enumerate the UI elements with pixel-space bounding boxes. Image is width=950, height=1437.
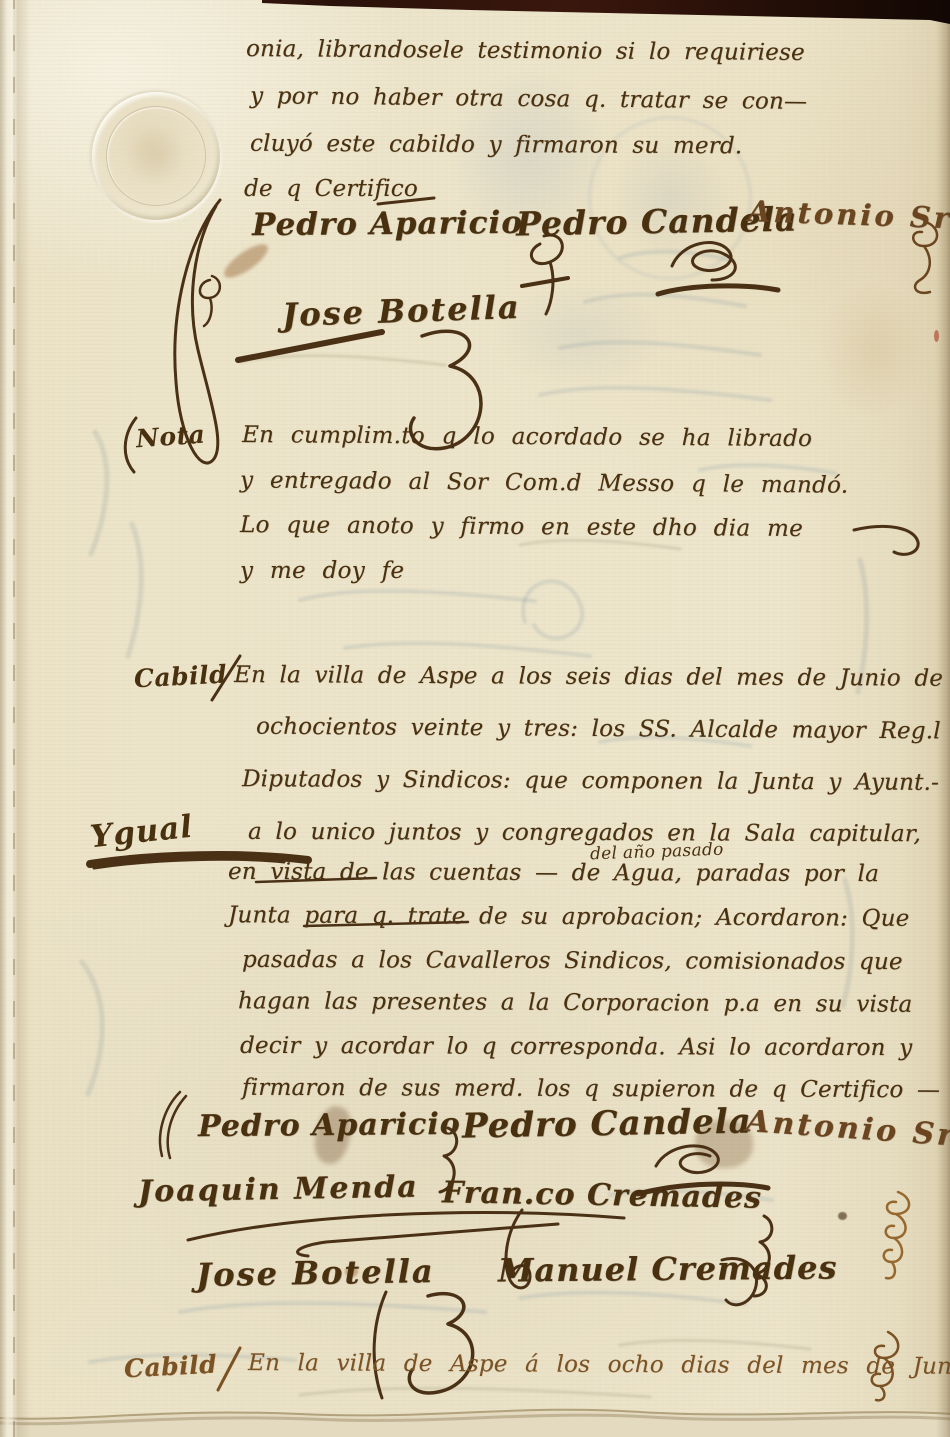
- manuscript-line: onia, librandosele testimonio si lo requ…: [246, 36, 805, 66]
- manuscript-line: y me doy fe: [240, 558, 404, 584]
- ink-spot: [838, 1212, 847, 1220]
- signature-pedro-aparicio-2: Pedro Aparicio: [198, 1107, 461, 1144]
- manuscript-line: Lo que anoto y firmo en este dho dia me: [240, 512, 803, 542]
- manuscript-line: En la villa de Aspe a los seis dias del …: [234, 662, 950, 692]
- margin-underline: [84, 848, 319, 876]
- strikethrough: [300, 920, 475, 930]
- rubric-flourish: [868, 1184, 922, 1288]
- page-fold-edge: [0, 0, 32, 1437]
- rubric-flourish: [712, 1252, 772, 1322]
- paragraph-flourish: [146, 1086, 194, 1164]
- margin-label-cabildo-2: Cabild: [123, 1350, 217, 1384]
- manuscript-line: firmaron de sus merd. los q supieron de …: [242, 1075, 940, 1103]
- page-right-edge: [936, 0, 950, 1437]
- signature-pedro-aparicio: Pedro Aparicio: [252, 205, 523, 243]
- margin-label-nota: Nota: [135, 420, 206, 454]
- manuscript-line: ochocientos veinte y tres: los SS. Alcal…: [256, 714, 941, 745]
- paper-sheet: onia, librandosele testimonio si lo requ…: [0, 0, 950, 1437]
- pen-dash: [230, 322, 395, 367]
- manuscript-line: Diputados y Sindicos: que componen la Ju…: [242, 766, 939, 796]
- manuscript-line: hagan las presentes a la Corporacion p.a…: [238, 988, 912, 1018]
- strikethrough: [252, 876, 382, 886]
- manuscript-line: a lo unico juntos y congregados en la Sa…: [248, 819, 921, 847]
- page-bottom-edge: [0, 1392, 950, 1437]
- manuscript-line: decir y acordar lo q corresponda. Asi lo…: [240, 1033, 912, 1061]
- rubric-flourish: [652, 228, 786, 316]
- manuscript-line: y por no haber otra cosa q. tratar se co…: [250, 83, 807, 115]
- manuscript-line: cluyó este cabildo y firmaron su merd.: [250, 131, 742, 160]
- manuscript-line: En la villa de Aspe á los ocho dias del …: [248, 1350, 950, 1380]
- manuscript-page: onia, librandosele testimonio si lo requ…: [0, 0, 950, 1437]
- pen-flourish: [848, 516, 928, 562]
- manuscript-line: pasadas a los Cavalleros Sindicos, comis…: [242, 947, 903, 975]
- manuscript-line: En cumplim.to q lo acordado se ha librad…: [242, 422, 812, 452]
- manuscript-line: y entregado al Sor Com.d Messo q le mand…: [240, 467, 849, 498]
- signature-manuel-cremades: Manuel Cremades: [498, 1249, 838, 1290]
- margin-slash: [212, 1344, 246, 1396]
- rubric-flourish: [190, 268, 230, 332]
